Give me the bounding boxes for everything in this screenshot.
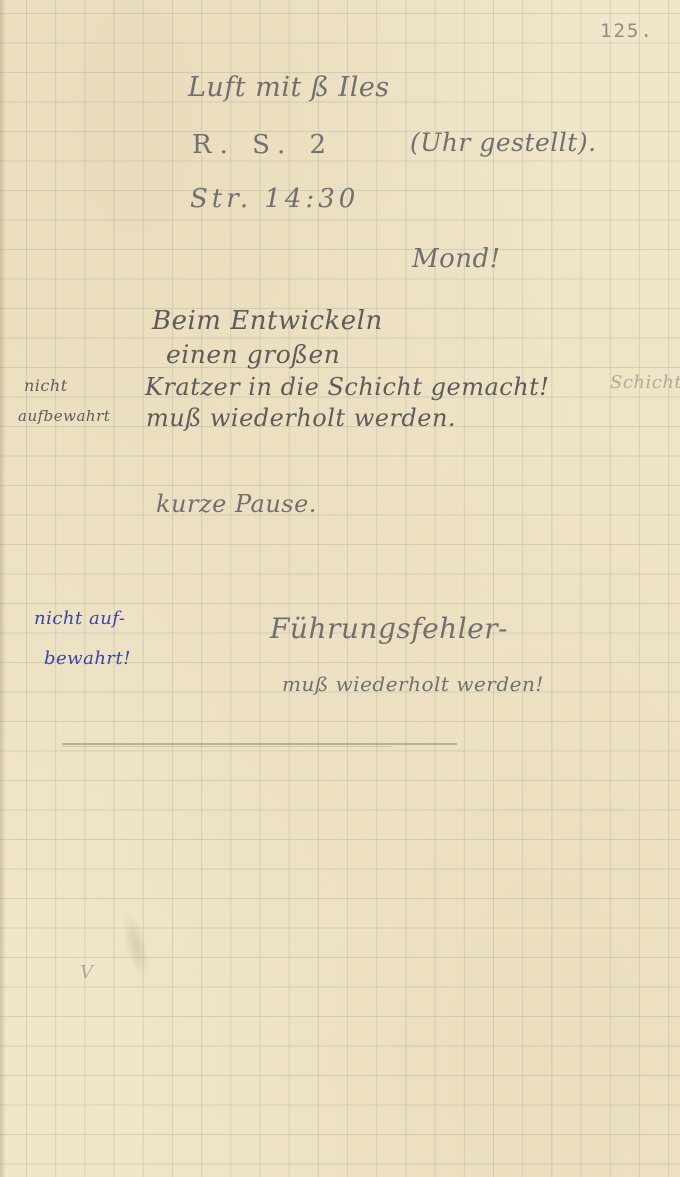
- entry2: kurze Pause.: [156, 490, 317, 518]
- entry1-line-1: Beim Entwickeln: [152, 306, 383, 336]
- stray-mark: V: [80, 962, 94, 983]
- header-line-3: Str. 14:30: [190, 184, 359, 214]
- margin-note-1-line-2: aufbewahrt: [18, 407, 110, 425]
- entry1-faint-trailing: Schichtkratzer: [610, 372, 680, 393]
- header-line-2-right: (Uhr gestellt).: [410, 128, 597, 157]
- page-edge-shadow: [0, 0, 6, 1177]
- entry3-line-2: muß wiederholt werden!: [282, 672, 544, 696]
- page-number: 125.: [600, 20, 654, 42]
- margin-note-2-line-2: bewahrt!: [44, 648, 131, 669]
- notebook-page: 125. Luft mit ß Iles R. S. 2 (Uhr gestel…: [0, 0, 680, 1177]
- exclamation-note: Mond!: [412, 244, 501, 274]
- entry1-line-2: einen großen: [166, 340, 340, 369]
- entry1-line-3: Kratzer in die Schicht gemacht!: [145, 373, 549, 401]
- header-line-2-left: R. S. 2: [192, 130, 334, 160]
- margin-note-1-line-1: nicht: [24, 376, 68, 395]
- header-line-1: Luft mit ß Iles: [188, 72, 390, 103]
- horizontal-divider-line-secondary: [62, 746, 392, 747]
- margin-note-2-line-1: nicht auf-: [34, 608, 125, 629]
- horizontal-divider-line: [62, 743, 457, 745]
- pencil-smudge: [116, 908, 155, 981]
- entry3-line-1: Führungsfehler-: [270, 612, 508, 645]
- entry1-line-4: muß wiederholt werden.: [146, 404, 456, 432]
